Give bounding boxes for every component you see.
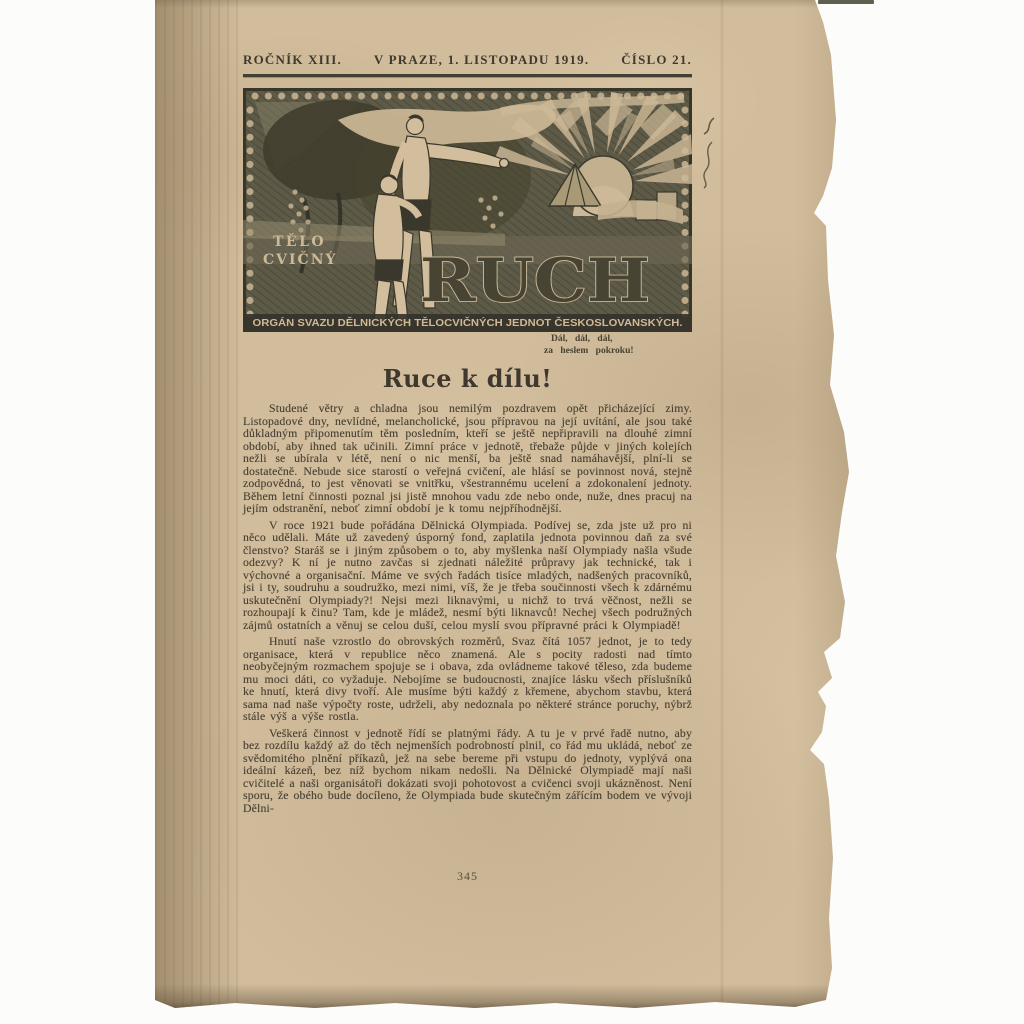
scan-background: { "header": { "volume": "ROČNÍK XIII.", … <box>0 0 1024 1024</box>
newspaper-page: ROČNÍK XIII. V PRAZE, 1. LISTOPADU 1919.… <box>155 0 855 1010</box>
page-number: 345 <box>243 869 692 884</box>
motto-line1: Dál, dál, dál, <box>544 333 652 345</box>
issue-number-label: ČÍSLO 21. <box>621 52 692 68</box>
article-body: Studené větry a chladna jsou nemilým poz… <box>243 402 692 818</box>
issue-header: ROČNÍK XIII. V PRAZE, 1. LISTOPADU 1919.… <box>243 52 692 68</box>
volume-label: ROČNÍK XIII. <box>243 52 342 68</box>
header-rule <box>243 74 692 77</box>
torn-edge-shade <box>795 0 855 1010</box>
masthead-subtitle: ORGÁN SVAZU DĚLNICKÝCH TĚLOCVIČNÝCH JEDN… <box>253 316 683 329</box>
binding-shadow <box>155 0 241 1010</box>
article-title: Ruce k dílu! <box>243 364 692 393</box>
article-paragraph: V roce 1921 bude pořádána Dělnická Olymp… <box>243 519 692 632</box>
motto: Dál, dál, dál, za heslem pokroku! <box>243 333 692 357</box>
scan-debris-mark <box>818 0 874 4</box>
motto-line2: za heslem pokroku! <box>544 345 652 357</box>
article-paragraph: Hnutí naše vzrostlo do obrovských rozměr… <box>243 635 692 723</box>
article-paragraph: Studené větry a chladna jsou nemilým poz… <box>243 402 692 515</box>
pen-squiggle-mark <box>698 114 724 190</box>
masthead-subtitle-band: ORGÁN SVAZU DĚLNICKÝCH TĚLOCVIČNÝCH JEDN… <box>245 314 690 330</box>
top-edge-shade <box>155 0 855 8</box>
bottom-edge-shade <box>155 984 855 1010</box>
place-date-label: V PRAZE, 1. LISTOPADU 1919. <box>374 52 590 68</box>
article-paragraph: Veškerá činnost v jednotě řídí se platný… <box>243 727 692 815</box>
masthead-left-line1: TĚLO <box>273 232 326 250</box>
masthead-title: RUCH <box>420 246 650 316</box>
masthead-left-line2: CVIČNÝ <box>263 250 338 268</box>
masthead-illustration: TĚLO CVIČNÝ RUCH ORGÁN SVAZU DĚLNICKÝCH … <box>243 88 692 332</box>
